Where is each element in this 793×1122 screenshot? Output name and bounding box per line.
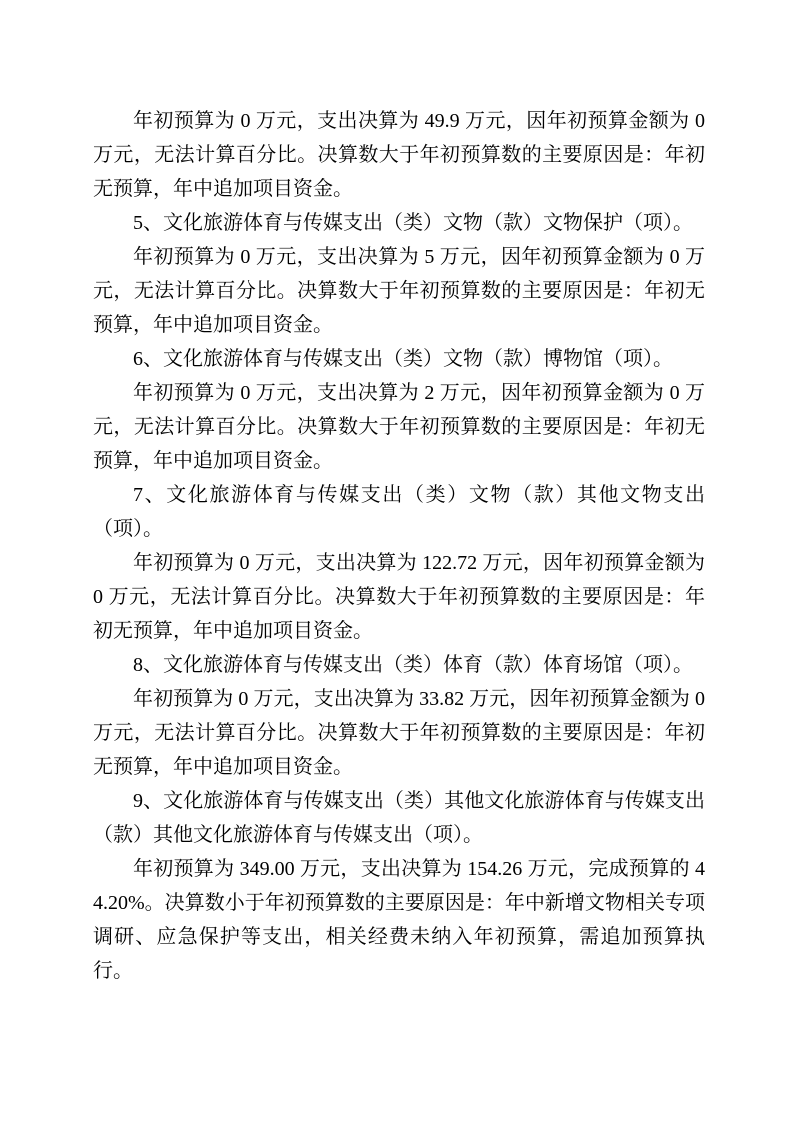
section-heading-6: 6、文化旅游体育与传媒支出（类）文物（款）博物馆（项）。 [93,342,705,376]
paragraph-explanation: 年初预算为 349.00 万元，支出决算为 154.26 万元，完成预算的 44… [93,852,705,988]
paragraph-explanation: 年初预算为 0 万元，支出决算为 122.72 万元，因年初预算金额为 0 万元… [93,546,705,648]
paragraph-explanation: 年初预算为 0 万元，支出决算为 2 万元，因年初预算金额为 0 万元，无法计算… [93,376,705,478]
section-heading-8: 8、文化旅游体育与传媒支出（类）体育（款）体育场馆（项）。 [93,648,705,682]
document-text-block: 年初预算为 0 万元，支出决算为 49.9 万元，因年初预算金额为 0 万元，无… [93,104,705,988]
section-heading-9: 9、文化旅游体育与传媒支出（类）其他文化旅游体育与传媒支出（款）其他文化旅游体育… [93,784,705,852]
section-heading-5: 5、文化旅游体育与传媒支出（类）文物（款）文物保护（项）。 [93,206,705,240]
section-heading-7: 7、文化旅游体育与传媒支出（类）文物（款）其他文物支出（项）。 [93,478,705,546]
document-page: 年初预算为 0 万元，支出决算为 49.9 万元，因年初预算金额为 0 万元，无… [0,0,793,1122]
paragraph-explanation: 年初预算为 0 万元，支出决算为 5 万元，因年初预算金额为 0 万元，无法计算… [93,240,705,342]
paragraph-explanation: 年初预算为 0 万元，支出决算为 33.82 万元，因年初预算金额为 0 万元，… [93,682,705,784]
paragraph-explanation: 年初预算为 0 万元，支出决算为 49.9 万元，因年初预算金额为 0 万元，无… [93,104,705,206]
